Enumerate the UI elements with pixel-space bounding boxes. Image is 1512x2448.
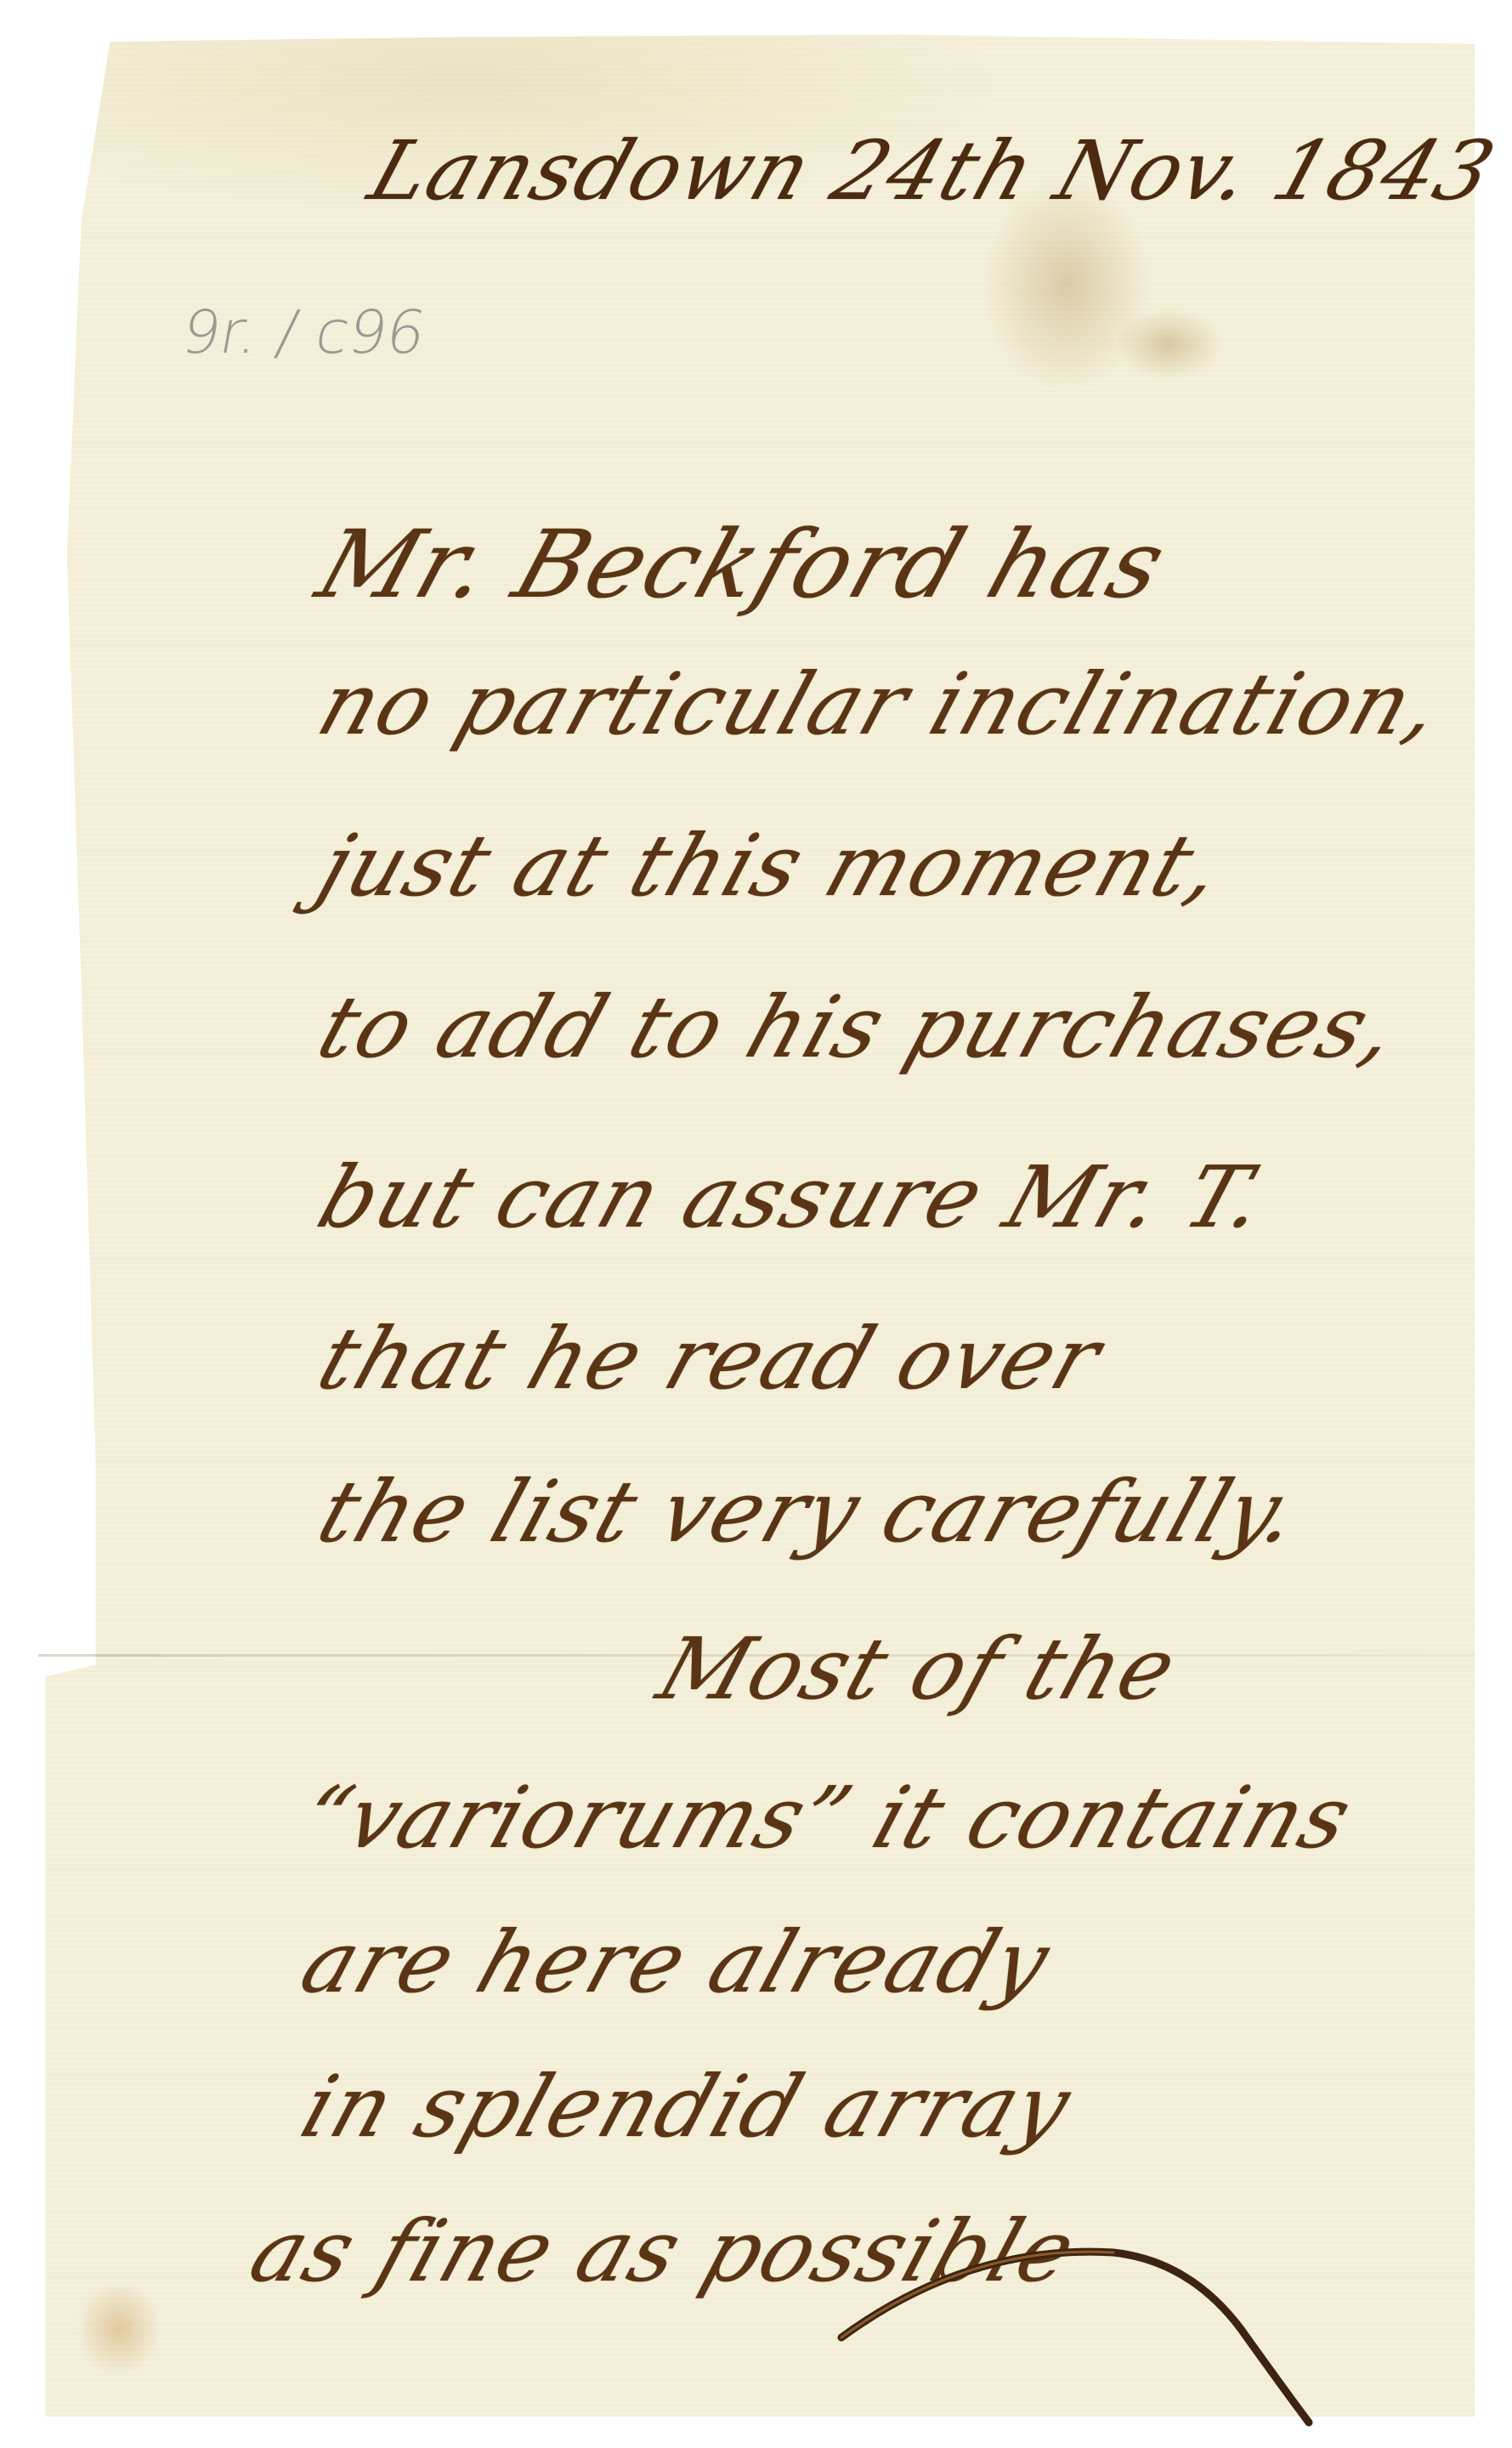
pencil-annotation: 9r. / c96 bbox=[177, 297, 431, 367]
letter-line-9: “variorums” it contains bbox=[290, 1768, 1365, 1867]
letter-line-8: Most of the bbox=[647, 1619, 1190, 1719]
letter-line-10: are here already bbox=[290, 1912, 1062, 2012]
letter-line-2: no particular inclination, bbox=[307, 654, 1455, 754]
signature-flourish-icon bbox=[833, 2210, 1428, 2431]
letter-line-6: that he read over bbox=[307, 1309, 1114, 1408]
letter-line-7: the list very carefully. bbox=[307, 1462, 1313, 1561]
letter-line-3: just at this moment, bbox=[307, 816, 1236, 915]
letter-line-1: Mr. Beckford has bbox=[305, 510, 1180, 619]
dateline: Lansdown 24th Nov. 1843 bbox=[359, 123, 1507, 218]
letter-line-4: to add to his purchases, bbox=[307, 977, 1411, 1077]
letter-line-5: but can assure Mr. T. bbox=[307, 1147, 1279, 1247]
letter-line-11: in splendid array bbox=[290, 2057, 1084, 2156]
